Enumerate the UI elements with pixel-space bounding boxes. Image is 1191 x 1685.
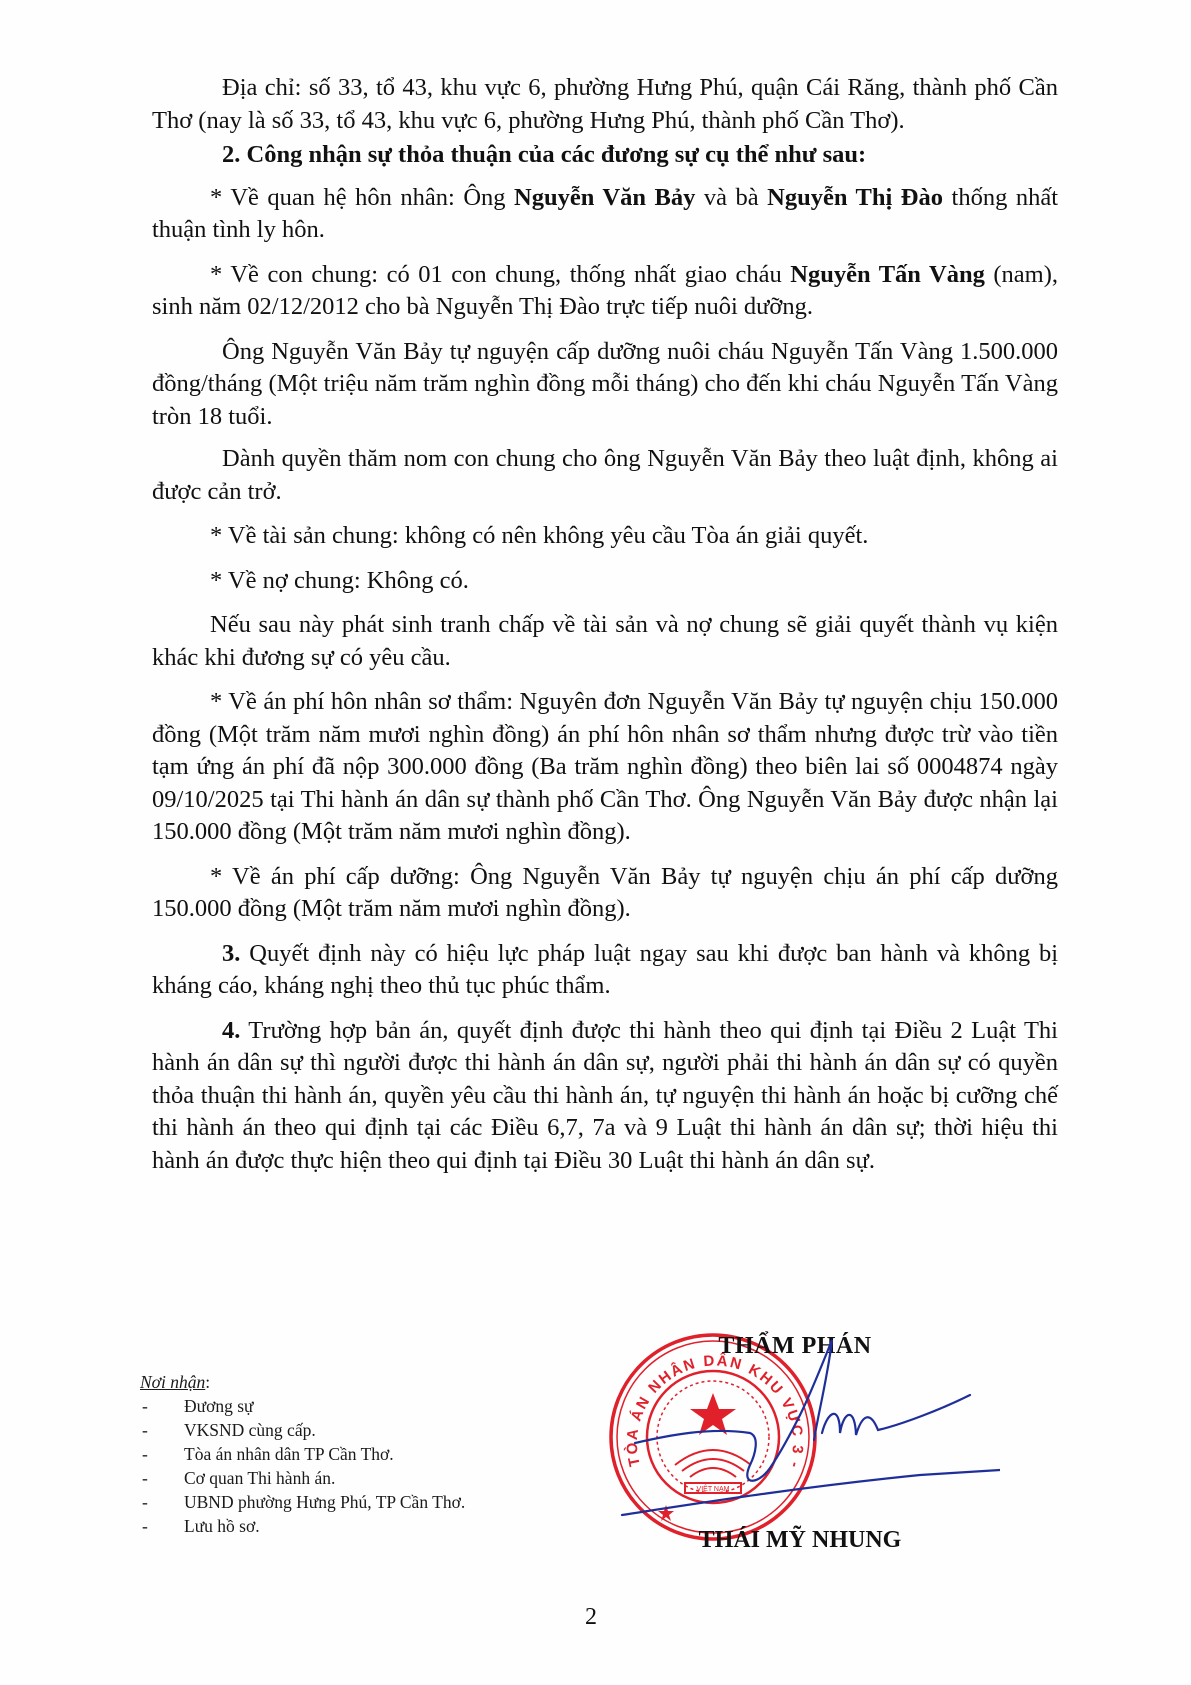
page-number: 2: [585, 1604, 597, 1631]
document-body: Địa chỉ: số 33, tổ 43, khu vực 6, phường…: [152, 72, 1058, 1177]
signature-icon: [600, 1315, 1000, 1575]
recipient-item: -VKSND cùng cấp.: [140, 1418, 580, 1442]
recipients-block: Nơi nhận: -Đương sự -VKSND cùng cấp. -Tò…: [140, 1370, 580, 1538]
signature-block: TÒA ÁN NHÂN DÂN KHU VỰC 3 - CẦN THƠ VIỆT…: [600, 1315, 1000, 1575]
section-3-paragraph: 3. Quyết định này có hiệu lực pháp luật …: [152, 938, 1058, 1003]
section-4-paragraph: 4. Trường hợp bản án, quyết định được th…: [152, 1015, 1058, 1178]
document-page: Địa chỉ: số 33, tổ 43, khu vực 6, phường…: [0, 0, 1191, 1685]
court-fee-paragraph: * Về án phí hôn nhân sơ thẩm: Nguyên đơn…: [152, 686, 1058, 849]
debt-paragraph: * Về nợ chung: Không có.: [152, 565, 1058, 598]
section-2-heading: 2. Công nhận sự thỏa thuận của các đương…: [152, 139, 1058, 172]
child-paragraph: * Về con chung: có 01 con chung, thống n…: [152, 259, 1058, 324]
marriage-paragraph: * Về quan hệ hôn nhân: Ông Nguyễn Văn Bả…: [152, 182, 1058, 247]
recipient-item: -Lưu hồ sơ.: [140, 1514, 580, 1538]
child-name: Nguyễn Tấn Vàng: [790, 261, 985, 288]
party-name: Nguyễn Văn Bảy: [514, 184, 695, 211]
address-paragraph: Địa chỉ: số 33, tổ 43, khu vực 6, phường…: [152, 72, 1058, 137]
recipients-title: Nơi nhận:: [140, 1370, 580, 1394]
party-name: Nguyễn Thị Đào: [767, 184, 943, 211]
support-paragraph: Ông Nguyễn Văn Bảy tự nguyện cấp dưỡng n…: [152, 336, 1058, 434]
visitation-paragraph: Dành quyền thăm nom con chung cho ông Ng…: [152, 443, 1058, 508]
recipient-item: -Đương sự: [140, 1394, 580, 1418]
property-paragraph: * Về tài sản chung: không có nên không y…: [152, 520, 1058, 553]
recipient-item: -Cơ quan Thi hành án.: [140, 1466, 580, 1490]
support-fee-paragraph: * Về án phí cấp dưỡng: Ông Nguyễn Văn Bả…: [152, 861, 1058, 926]
future-dispute-paragraph: Nếu sau này phát sinh tranh chấp về tài …: [152, 609, 1058, 674]
recipient-item: -UBND phường Hưng Phú, TP Cần Thơ.: [140, 1490, 580, 1514]
recipient-item: -Tòa án nhân dân TP Cần Thơ.: [140, 1442, 580, 1466]
